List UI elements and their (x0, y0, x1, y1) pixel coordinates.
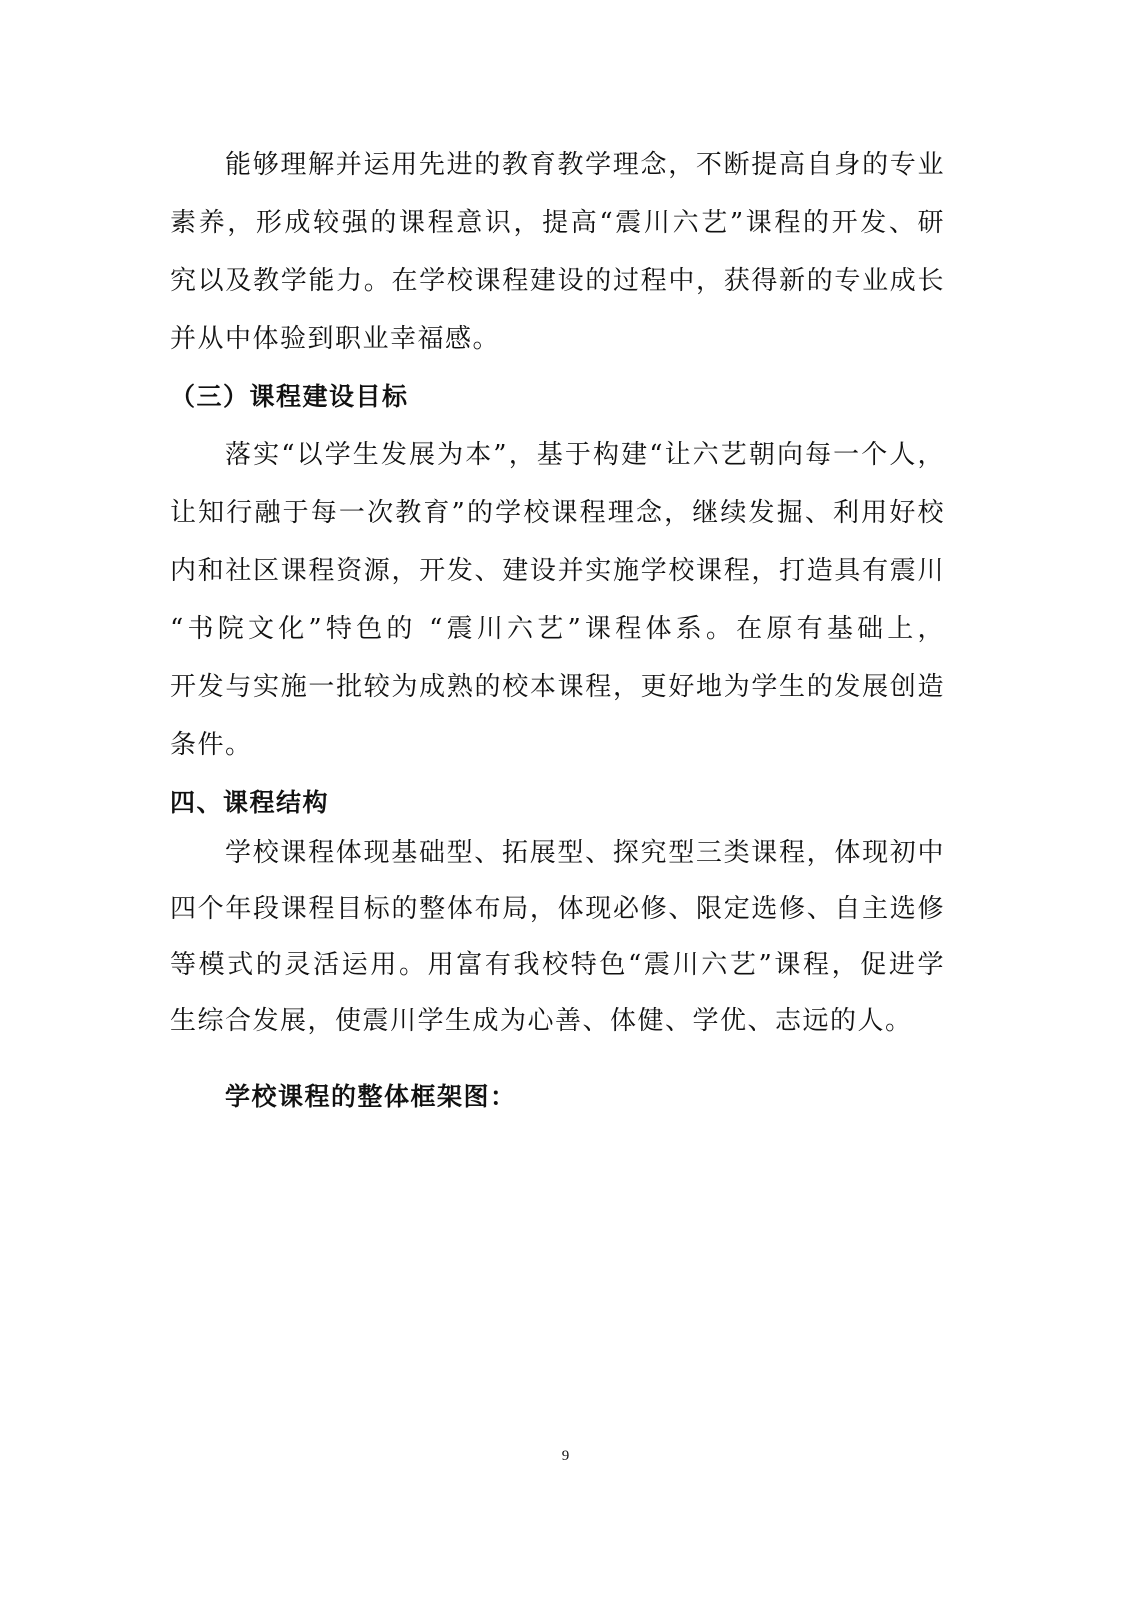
paragraph-line: 落实“以学生发展为本”，基于构建“让六艺朝向每一个人， (225, 438, 945, 472)
paragraph-line: “书院文化”特色的 “震川六艺”课程体系。在原有基础上， (170, 612, 945, 646)
paragraph-line: 等模式的灵活运用。用富有我校特色“震川六艺”课程，促进学 (170, 948, 945, 982)
paragraph-line: 内和社区课程资源，开发、建设并实施学校课程，打造具有震川 (170, 554, 945, 588)
paragraph-line: 并从中体验到职业幸福感。 (170, 322, 945, 356)
paragraph-line: 究以及教学能力。在学校课程建设的过程中，获得新的专业成长 (170, 264, 945, 298)
paragraph-line: 素养，形成较强的课程意识，提高“震川六艺”课程的开发、研 (170, 206, 945, 240)
paragraph-line: 生综合发展，使震川学生成为心善、体健、学优、志远的人。 (170, 1004, 945, 1038)
figure-caption: 学校课程的整体框架图： (225, 1080, 945, 1114)
page-number: 9 (0, 1448, 1131, 1465)
paragraph-line: 学校课程体现基础型、拓展型、探究型三类课程，体现初中 (225, 836, 945, 870)
paragraph-line: 让知行融于每一次教育”的学校课程理念，继续发掘、利用好校 (170, 496, 945, 530)
document-page: 能够理解并运用先进的教育教学理念，不断提高自身的专业 素养，形成较强的课程意识，… (0, 0, 1131, 1600)
paragraph-line: 四个年段课程目标的整体布局，体现必修、限定选修、自主选修 (170, 892, 945, 926)
paragraph-line: 开发与实施一批较为成熟的校本课程，更好地为学生的发展创造 (170, 670, 945, 704)
section-heading: 四、课程结构 (170, 786, 945, 820)
paragraph-line: 条件。 (170, 728, 945, 762)
paragraph-line: 能够理解并运用先进的教育教学理念，不断提高自身的专业 (225, 148, 945, 182)
section-heading: （三）课程建设目标 (170, 380, 945, 414)
